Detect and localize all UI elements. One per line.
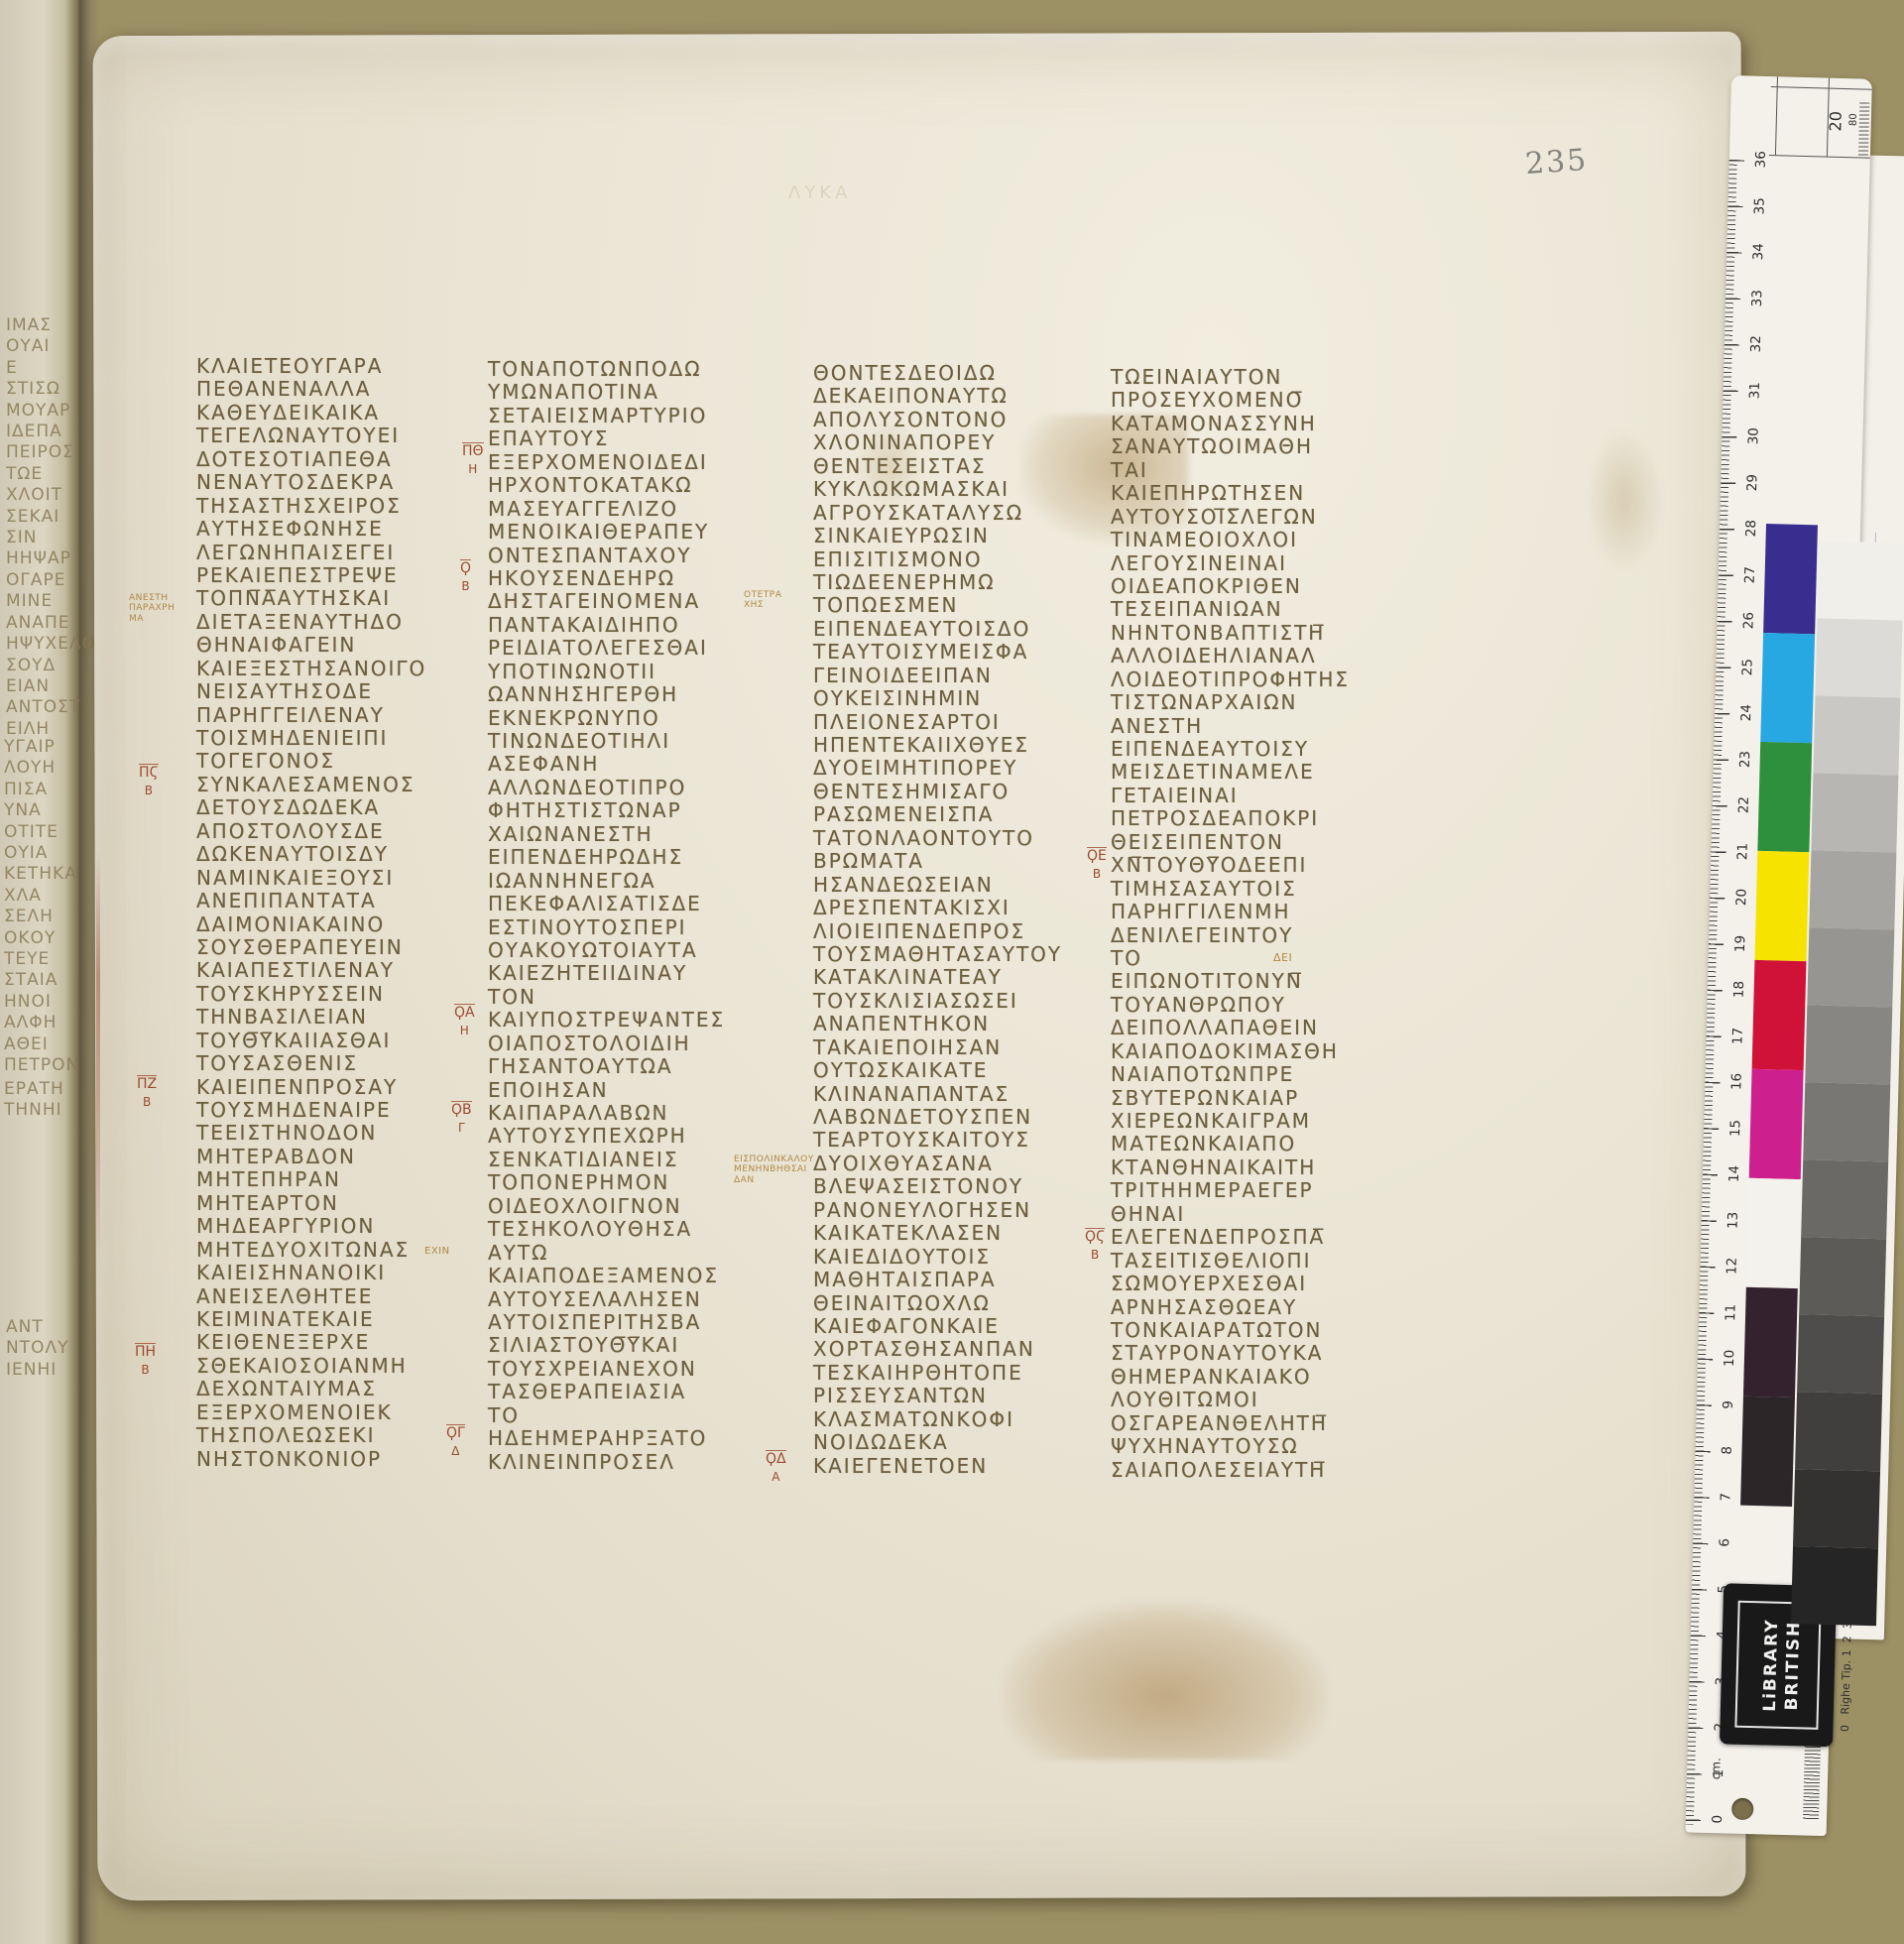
binding-streak bbox=[96, 851, 100, 1268]
text-column-3: ΘΟΝΤΕΣΔΕΟΙΔΩΔΕΚΑΕΙΠΟΝΑΥΤΩΑΠΟΛΥΣΟΝΤΟΝΟΧΛΟ… bbox=[813, 362, 1062, 1478]
text-line: ΘΕΙΣΕΙΠΕΝΤΟΝ bbox=[1111, 831, 1350, 854]
text-line: ΧΑΙΩΝΑΝΕΣΤΗ bbox=[488, 823, 725, 846]
stain bbox=[1585, 426, 1664, 575]
text-line: ΤΕΕΙΣΤΗΝΟΔΟΝ bbox=[196, 1122, 426, 1145]
color-patch bbox=[1754, 851, 1809, 961]
ruler-number: 24 bbox=[1738, 702, 1755, 722]
text-line: ΚΕΙΘΕΝΕΞΕΡΧΕ bbox=[196, 1331, 426, 1354]
eusebian-number: ΠΗΒ bbox=[135, 1343, 156, 1378]
text-line: ΤΕΑΡΤΟΥΣΚΑΙΤΟΥΣ bbox=[813, 1129, 1062, 1152]
text-line: ΑΥΤΩ bbox=[488, 1242, 725, 1265]
text-line: ΤΟΝΑΠΟΤΩΝΠΟΔΩ bbox=[488, 358, 725, 381]
text-line: ΡΕΙΔΙΑΤΟΛΕΓΕΣΘΑΙ bbox=[488, 637, 725, 660]
text-line: ΟΙΔΕΑΠΟΚΡΙΘΕΝ bbox=[1111, 575, 1350, 598]
text-line: ΛΙΟΙΕΙΠΕΝΔΕΠΡΟΣ bbox=[813, 920, 1062, 943]
eusebian-number: ϘΓΔ bbox=[446, 1424, 465, 1459]
eusebian-number: ΠΖΒ bbox=[137, 1075, 157, 1110]
gray-patch bbox=[1799, 1237, 1886, 1316]
eusebian-number: ϘΒ bbox=[460, 559, 471, 594]
text-line: ΜΗΤΕΔΥΟΧΙΤΩΝΑΣ bbox=[196, 1239, 426, 1262]
text-line: ΘΕΝΤΕΣΕΙΣΤΑΣ bbox=[813, 455, 1062, 478]
text-line: ΠΑΝΤΑΚΑΙΔΙΗΠΟ bbox=[488, 614, 725, 637]
text-line: ΤΑΤΟΝΛΑΟΝΤΟΥΤΟ bbox=[813, 827, 1062, 850]
ruler-number: 26 bbox=[1740, 610, 1757, 630]
text-line: ΣΑΙΑΠΟΛΕΣΕΙΑΥΤΗ̅ bbox=[1111, 1459, 1350, 1482]
ruler-number: 19 bbox=[1732, 933, 1749, 953]
ruler-number: 32 bbox=[1748, 334, 1765, 354]
text-line: ΟΙΔΕΟΧΛΟΙΓΝΟΝ bbox=[488, 1195, 725, 1218]
gray-patch bbox=[1813, 695, 1900, 775]
color-patch bbox=[1743, 1287, 1798, 1397]
gray-patch bbox=[1811, 773, 1898, 852]
text-line: ΚΑΘΕΥΔΕΙΚΑΙΚΑ bbox=[196, 402, 426, 425]
text-line: ΜΑΣΕΥΑΓΓΕΛΙΖΟ bbox=[488, 498, 725, 521]
ruler-number: 36 bbox=[1753, 150, 1770, 170]
eusebian-number: ΠϚΒ bbox=[139, 764, 159, 798]
text-line: ΣΑΝΑΥΤΩΟΙΜΑΘΗ bbox=[1111, 435, 1350, 458]
text-line: ΕΙΠΩΝΟΤΙΤΟΝΥΝ̅ bbox=[1111, 970, 1350, 993]
ruler-number: 18 bbox=[1731, 979, 1748, 999]
ruler-top-scale-ticks bbox=[1858, 102, 1869, 158]
text-line: ΟΥΤΩΣΚΑΙΚΑΤΕ bbox=[813, 1059, 1062, 1082]
gray-patch bbox=[1807, 927, 1894, 1007]
text-line: ΕΣΤΙΝΟΥΤΟΣΠΕΡΙ bbox=[488, 916, 725, 939]
ruler-number: 11 bbox=[1723, 1302, 1739, 1322]
ruler-number: 0 bbox=[1710, 1809, 1726, 1829]
text-line: ΚΛΑΙΕΤΕΟΥΓΑΡΑ bbox=[196, 355, 426, 378]
text-line: ΝΟΙΔΩΔΕΚΑ bbox=[813, 1431, 1062, 1454]
ruler-top-scale-80: 80 bbox=[1848, 113, 1859, 126]
text-column-2: ΤΟΝΑΠΟΤΩΝΠΟΔΩΥΜΩΝΑΠΟΤΙΝΑΣΕΤΑΙΕΙΣΜΑΡΤΥΡΙΟ… bbox=[488, 358, 725, 1474]
text-line: ΑΥΤΗΣΕΦΩΝΗΣΕ bbox=[196, 518, 426, 541]
text-line: ΕΞΕΡΧΟΜΕΝΟΙΔΕΔΙ bbox=[488, 451, 725, 474]
text-line: ΑΠΟΣΤΟΛΟΥΣΔΕ bbox=[196, 820, 426, 843]
text-line: ΔΙΕΤΑΞΕΝΑΥΤΗΔΟ bbox=[196, 611, 426, 634]
text-line: ΥΠΟΤΙΝΩΝΟΤΙΙ bbox=[488, 661, 725, 683]
text-line: ΔΕΚΑΕΙΠΟΝΑΥΤΩ bbox=[813, 385, 1062, 408]
text-line: ΔΗΣΤΑΓΕΙΝΟΜΕΝΑ bbox=[488, 590, 725, 613]
ruler-number: 16 bbox=[1728, 1071, 1745, 1091]
text-line: ΒΛΕΨΑΣΕΙΣΤΟΝΟΥ bbox=[813, 1175, 1062, 1198]
text-line: ΤΟΓΕΓΟΝΟΣ bbox=[196, 750, 426, 773]
color-chart bbox=[1737, 524, 1904, 1638]
text-line: ΕΛΕΓΕΝΔΕΠΡΟΣΠΑ̅ bbox=[1111, 1226, 1350, 1249]
text-line: ΤΙΝΑΜΕΟΙΟΧΛΟΙ bbox=[1111, 529, 1350, 551]
text-line: ΜΗΤΕΡΑΒΔΟΝ bbox=[196, 1146, 426, 1168]
text-line: ΘΕΙΝΑΙΤΩΟΧΛΩ bbox=[813, 1292, 1062, 1315]
text-line: ΤΟΥΣΜΑΘΗΤΑΣΑΥΤΟΥ bbox=[813, 943, 1062, 966]
ruler-top-line bbox=[1769, 155, 1870, 159]
text-line: ΤΟΥΣΚΗΡΥΣΣΕΙΝ bbox=[196, 983, 426, 1006]
text-line: ΑΥΤΟΙΣΠΕΡΙΤΗΣΒΑ bbox=[488, 1311, 725, 1334]
text-line: ΔΡΕΣΠΕΝΤΑΚΙΣΧΙ bbox=[813, 897, 1062, 919]
text-line: ΣΒΥΤΕΡΩΝΚΑΙΑΡ bbox=[1111, 1087, 1350, 1110]
text-line: ΤΕΣΗΚΟΛΟΥΘΗΣΑ bbox=[488, 1218, 725, 1241]
eusebian-number: ϘϚΒ bbox=[1085, 1228, 1105, 1263]
corrector-note: ΑΝΕΣΤΗ ΠΑΡΑΧΡΗ ΜΑ bbox=[129, 593, 175, 624]
text-line: ΠΕΚΕΦΑΛΙΣΑΤΙΣΔΕ bbox=[488, 893, 725, 915]
ruler-number: 23 bbox=[1737, 749, 1754, 769]
ruler-number: 7 bbox=[1718, 1487, 1734, 1507]
text-line: ΤΡΙΤΗΗΜΕΡΑΕΓΕΡ bbox=[1111, 1179, 1350, 1202]
text-line: ΤΑΣΘΕΡΑΠΕΙΑΣΙΑ bbox=[488, 1381, 725, 1403]
color-patch bbox=[1740, 1397, 1795, 1507]
text-line: ΤΟΥΣΜΗΔΕΝΑΙΡΕ bbox=[196, 1099, 426, 1122]
ghost-offset-mark: ΛΥΚΑ bbox=[788, 182, 851, 203]
color-patch bbox=[1757, 742, 1812, 852]
text-line: ΚΑΙΕΙΠΕΝΠΡΟΣΑΥ bbox=[196, 1076, 426, 1099]
ruler-number: 33 bbox=[1749, 288, 1766, 307]
ruler-number: 10 bbox=[1722, 1348, 1738, 1368]
text-line: ΑΥΤΟΥΣΕΛΑΛΗΣΕΝ bbox=[488, 1288, 725, 1311]
text-line: ΚΑΙΕΔΙΔΟΥΤΟΙΣ bbox=[813, 1246, 1062, 1269]
text-line: ΣΥΝΚΑΛΕΣΑΜΕΝΟΣ bbox=[196, 774, 426, 796]
text-line: ΤΟΥΑΝΘΡΩΠΟΥ bbox=[1111, 994, 1350, 1017]
text-line: ΑΡΝΗΣΑΣΘΩΕΑΥ bbox=[1111, 1296, 1350, 1319]
text-line: ΚΑΙΕΙΣΗΝΑΝΟΙΚΙ bbox=[196, 1262, 426, 1284]
text-line: ΑΛΛΩΝΔΕΟΤΙΠΡΟ bbox=[488, 777, 725, 799]
text-line: ΝΕΙΣΑΥΤΗΣΟΔΕ bbox=[196, 680, 426, 703]
text-line: ΘΗΝΑΙΦΑΓΕΙΝ bbox=[196, 634, 426, 657]
eusebian-number: ϘΔΑ bbox=[766, 1450, 786, 1485]
text-line: ΚΑΤΑΚΛΙΝΑΤΕΑΥ bbox=[813, 966, 1062, 989]
gray-patch bbox=[1797, 1314, 1884, 1394]
text-line: ΡΕΚΑΙΕΠΕΣΤΡΕΨΕ bbox=[196, 564, 426, 587]
stain bbox=[1002, 1601, 1329, 1760]
text-line: ΤΟΥΣΚΛΙΣΙΑΣΩΣΕΙ bbox=[813, 990, 1062, 1013]
manuscript-photo: { "page": { "folio_number": "235", "ghos… bbox=[0, 0, 1904, 1944]
text-line: ΚΑΙΕΠΗΡΩΤΗΣΕΝ bbox=[1111, 482, 1350, 505]
text-line: ΣΙΝΚΑΙΕΥΡΩΣΙΝ bbox=[813, 525, 1062, 547]
ruler-number: 31 bbox=[1746, 380, 1763, 400]
color-patch bbox=[1763, 524, 1818, 634]
text-line: ΗΡΧΟΝΤΟΚΑΤΑΚΩ bbox=[488, 474, 725, 497]
text-line: ΤΟΥΣΧΡΕΙΑΝΕΧΟΝ bbox=[488, 1358, 725, 1381]
gray-patch bbox=[1805, 1005, 1892, 1084]
ruler-number: 17 bbox=[1729, 1026, 1746, 1045]
text-line: ΛΑΒΩΝΔΕΤΟΥΣΠΕΝ bbox=[813, 1106, 1062, 1129]
text-line: ΠΕΘΑΝΕΝΑΛΛΑ bbox=[196, 378, 426, 401]
ruler-number: 9 bbox=[1721, 1395, 1737, 1414]
text-line: ΤΟ bbox=[488, 1404, 725, 1427]
text-line: ΑΝΕΣΤΗ bbox=[1111, 715, 1350, 738]
text-line: ΚΑΙΕΦΑΓΟΝΚΑΙΕ bbox=[813, 1315, 1062, 1338]
text-line: ΛΕΓΩΝΗΠΑΙΣΕΓΕΙ bbox=[196, 542, 426, 564]
ruler-cm-numbers: 3635343332313029282726252423222120191817… bbox=[1731, 75, 1872, 79]
text-line: ΕΞΕΡΧΟΜΕΝΟΙΕΚ bbox=[196, 1401, 426, 1424]
text-line: ΟΙΑΠΟΣΤΟΛΟΙΔΙΗ bbox=[488, 1033, 725, 1055]
text-line: ΤΗΣΑΣΤΗΣΧΕΙΡΟΣ bbox=[196, 495, 426, 518]
text-line: ΕΚΝΕΚΡΩΝΥΠΟ bbox=[488, 707, 725, 730]
text-line: ΟΣΓΑΡΕΑΝΘΕΛΗΤΗ̅ bbox=[1111, 1412, 1350, 1435]
eusebian-number: ΠΘΗ bbox=[462, 442, 484, 477]
ruler-number: 27 bbox=[1742, 564, 1759, 584]
text-line: ΜΗΔΕΑΡΓΥΡΙΟΝ bbox=[196, 1215, 426, 1238]
ruler-number: 28 bbox=[1743, 518, 1760, 538]
text-line: ΟΝΤΕΣΠΑΝΤΑΧΟΥ bbox=[488, 545, 725, 567]
text-line: ΠΕΤΡΟΣΔΕΑΠΟΚΡΙ bbox=[1111, 807, 1350, 830]
text-line: ΗΠΕΝΤΕΚΑΙΙΧΘΥΕΣ bbox=[813, 734, 1062, 757]
text-line: ΚΑΙΑΠΟΔΕΞΑΜΕΝΟΣ bbox=[488, 1265, 725, 1287]
verso-fragment-group: ΕΡΑΤΗ ΤΗΝΗΙ bbox=[4, 1079, 64, 1122]
text-line: ΤΟΠΟΝΕΡΗΜΟΝ bbox=[488, 1171, 725, 1194]
text-line: ΑΓΡΟΥΣΚΑΤΑΛΥΣΩ bbox=[813, 502, 1062, 525]
text-column-1: ΚΛΑΙΕΤΕΟΥΓΑΡΑΠΕΘΑΝΕΝΑΛΛΑΚΑΘΕΥΔΕΙΚΑΙΚΑΤΕΓ… bbox=[196, 355, 426, 1471]
text-line: ΚΕΙΜΙΝΑΤΕΚΑΙΕ bbox=[196, 1308, 426, 1331]
color-patch bbox=[1760, 633, 1815, 743]
text-line: ΘΟΝΤΕΣΔΕΟΙΔΩ bbox=[813, 362, 1062, 385]
text-line: ΤΩΕΙΝΑΙΑΥΤΟΝ bbox=[1111, 366, 1350, 389]
text-line: ΚΛΑΣΜΑΤΩΝΚΟΦΙ bbox=[813, 1408, 1062, 1431]
text-line: ΝΗΣΤΟΝΚΟΝΙΟΡ bbox=[196, 1448, 426, 1471]
corrector-note: ΔΕΙ bbox=[1273, 952, 1292, 965]
text-line: ΟΥΑΚΟΥΩΤΟΙΑΥΤΑ bbox=[488, 939, 725, 962]
text-line: ΚΑΙΕΞΕΣΤΗΣΑΝΟΙΓΟ bbox=[196, 658, 426, 680]
text-line: ΧΙΕΡΕΩΝΚΑΙΓΡΑΜ bbox=[1111, 1110, 1350, 1133]
text-line: ΤΟΝ bbox=[488, 986, 725, 1009]
text-line: ΗΣΑΝΔΕΩΣΕΙΑΝ bbox=[813, 874, 1062, 897]
text-line: ΤΑΣΕΙΤΙΣΘΕΛΙΟΠΙ bbox=[1111, 1250, 1350, 1273]
text-line: ΚΛΙΝΑΝΑΠΑΝΤΑΣ bbox=[813, 1083, 1062, 1106]
text-line: ΚΑΙΚΑΤΕΚΛΑΣΕΝ bbox=[813, 1222, 1062, 1245]
gray-patch bbox=[1815, 618, 1902, 697]
text-line: ΜΕΝΟΙΚΑΙΘΕΡΑΠΕΥ bbox=[488, 521, 725, 544]
text-line: ΘΗΜΕΡΑΝΚΑΙΑΚΟ bbox=[1111, 1366, 1350, 1389]
text-line: ΕΠΟΙΗΣΑΝ bbox=[488, 1079, 725, 1102]
ruler-number: 13 bbox=[1725, 1210, 1742, 1230]
text-line: ΗΔΕΗΜΕΡΑΗΡΞΑΤΟ bbox=[488, 1427, 725, 1450]
ruler-cm-unit-label: cm. bbox=[1709, 1758, 1724, 1779]
text-line: ΨΥΧΗΝΑΥΤΟΥΣΩ bbox=[1111, 1435, 1350, 1458]
text-line: ΔΥΟΙΧΘΥΑΣΑΝΑ bbox=[813, 1153, 1062, 1175]
ruler-number: 6 bbox=[1717, 1532, 1733, 1552]
text-line: ΤΟ bbox=[1111, 947, 1350, 970]
text-line: ΤΟΙΣΜΗΔΕΝΙΕΙΠΙ bbox=[196, 727, 426, 750]
text-line: ΚΑΙΕΓΕΝΕΤΟΕΝ bbox=[813, 1455, 1062, 1478]
text-line: ΜΑΘΗΤΑΙΣΠΑΡΑ bbox=[813, 1269, 1062, 1291]
ruler-number: 25 bbox=[1739, 657, 1756, 676]
text-line: ΠΡΟΣΕΥΧΟΜΕΝΟ̅ bbox=[1111, 389, 1350, 412]
color-patch bbox=[1746, 1178, 1801, 1288]
text-line: ΜΑΤΕΩΝΚΑΙΑΠΟ bbox=[1111, 1133, 1350, 1155]
text-line: ΑΝΕΠΙΠΑΝΤΑΤΑ bbox=[196, 890, 426, 912]
ruler-number: 29 bbox=[1744, 472, 1761, 492]
text-line: ΧΛΟΝΙΝΑΠΟΡΕΥ bbox=[813, 431, 1062, 454]
ruler-number: 14 bbox=[1726, 1163, 1743, 1183]
text-line: ΕΠΑΥΤΟΥΣ bbox=[488, 427, 725, 450]
text-line: ΜΕΙΣΔΕΤΙΝΑΜΕΛΕ bbox=[1111, 761, 1350, 784]
color-patch bbox=[1749, 1069, 1804, 1179]
text-line: ΝΕΝΑΥΤΟΣΔΕΚΡΑ bbox=[196, 471, 426, 494]
text-line: ΥΜΩΝΑΠΟΤΙΝΑ bbox=[488, 381, 725, 404]
text-line: ΛΟΙΔΕΟΤΙΠΡΟΦΗΤΗΣ bbox=[1111, 668, 1350, 691]
text-line: ΚΤΑΝΘΗΝΑΙΚΑΙΤΗ bbox=[1111, 1156, 1350, 1179]
text-line: ΤΗΝΒΑΣΙΛΕΙΑΝ bbox=[196, 1006, 426, 1029]
text-line: ΤΙΜΗΣΑΣΑΥΤΟΙΣ bbox=[1111, 878, 1350, 901]
text-line: ΔΩΚΕΝΑΥΤΟΙΣΔΥ bbox=[196, 843, 426, 866]
text-line: ΑΠΟΛΥΣΟΝΤΟΝΟ bbox=[813, 409, 1062, 431]
text-line: ΤΟΠΩΕΣΜΕΝ bbox=[813, 594, 1062, 617]
text-line: ΓΗΣΑΝΤΟΑΥΤΩΑ bbox=[488, 1055, 725, 1078]
text-line: ΜΗΤΕΠΗΡΑΝ bbox=[196, 1168, 426, 1191]
gray-patch bbox=[1791, 1546, 1878, 1626]
text-line: ΚΑΙΠΑΡΑΛΑΒΩΝ bbox=[488, 1102, 725, 1125]
text-line: ΕΙΠΕΝΔΕΗΡΩΔΗΣ bbox=[488, 846, 725, 869]
text-line: ΙΩΑΝΝΗΝΕΓΩΑ bbox=[488, 870, 725, 893]
gray-patch bbox=[1795, 1392, 1882, 1471]
text-line: ΔΕΝΙΛΕΓΕΙΝΤΟΥ bbox=[1111, 924, 1350, 947]
color-patch bbox=[1752, 960, 1807, 1070]
text-line: ΚΑΙΕΖΗΤΕΙΙΔΙΝΑΥ bbox=[488, 962, 725, 985]
text-line: ΠΑΡΗΓΓΙΛΕΝΜΗ bbox=[1111, 901, 1350, 923]
text-line: ΑΣΕΦΑΝΗ bbox=[488, 753, 725, 776]
text-line: ΑΛΛΟΙΔΕΗΛΙΑΝΑΛ bbox=[1111, 645, 1350, 668]
gray-patch bbox=[1793, 1469, 1880, 1548]
text-line: ΤΟΥΣΑΣΘΕΝΙΣ bbox=[196, 1052, 426, 1075]
text-line: ΝΑΙΑΠΟΤΩΝΠΡΕ bbox=[1111, 1063, 1350, 1086]
text-line: ΤΟΝΚΑΙΑΡΑΤΩΤΟΝ bbox=[1111, 1319, 1350, 1342]
ruler-top-line bbox=[1771, 86, 1872, 90]
corrector-note: ΕΙΣΠΟΛΙΝΚΑΛΟΥ ΜΕΝΗΝΒΗΘΣΑΙ ΔΑΝ bbox=[734, 1154, 814, 1185]
eusebian-number: ϘΒΓ bbox=[451, 1101, 472, 1136]
text-line: ΤΗΣΠΟΛΕΩΣΕΚΙ bbox=[196, 1424, 426, 1447]
text-line: ΑΥΤΟΥΣΥΠΕΧΩΡΗ bbox=[488, 1125, 725, 1148]
text-line: ΚΑΤΑΜΟΝΑΣΣΥΝΗ bbox=[1111, 413, 1350, 435]
folio-number: 235 bbox=[1524, 143, 1590, 182]
ruler-number: 20 bbox=[1733, 887, 1750, 907]
text-line: ΓΕΙΝΟΙΔΕΕΙΠΑΝ bbox=[813, 665, 1062, 687]
text-line: ΔΕΤΟΥΣΔΩΔΕΚΑ bbox=[196, 796, 426, 819]
text-line: ΤΕΣΕΙΠΑΝΙΩΑΝ bbox=[1111, 598, 1350, 621]
text-line: ΚΑΙΥΠΟΣΤΡΕΨΑΝΤΕΣ bbox=[488, 1009, 725, 1032]
text-line: ΤΙΣΤΩΝΑΡΧΑΙΩΝ bbox=[1111, 691, 1350, 714]
text-line: ΗΚΟΥΣΕΝΔΕΗΡΩ bbox=[488, 567, 725, 590]
text-line: ΡΙΣΣΕΥΣΑΝΤΩΝ bbox=[813, 1385, 1062, 1407]
text-line: ΣΙΛΙΑΣΤΟΥΘ̅Υ̅ΚΑΙ bbox=[488, 1334, 725, 1357]
gray-patch bbox=[1803, 1082, 1890, 1161]
text-line: ΡΑΣΩΜΕΝΕΙΣΠΑ bbox=[813, 803, 1062, 826]
text-line: ΤΕΣΚΑΙΗΡΘΗΤΟΠΕ bbox=[813, 1362, 1062, 1385]
text-line: ΤΟΠΝ̅Α̅ΑΥΤΗΣΚΑΙ bbox=[196, 587, 426, 610]
text-line: ΕΙΠΕΝΔΕΑΥΤΟΙΣΔΟ bbox=[813, 618, 1062, 641]
ruler-number: 12 bbox=[1724, 1256, 1740, 1276]
text-line: ΚΥΚΛΩΚΩΜΑΣΚΑΙ bbox=[813, 478, 1062, 501]
ruler-number: 30 bbox=[1745, 426, 1762, 446]
text-line: ΑΥΤΟΥΣΟΙ̅Σ̅ΛΕΓΩΝ bbox=[1111, 506, 1350, 529]
text-line: ΣΕΝΚΑΤΙΔΙΑΝΕΙΣ bbox=[488, 1149, 725, 1171]
ruler-top-line bbox=[1775, 76, 1778, 155]
text-line: ΒΡΩΜΑΤΑ bbox=[813, 850, 1062, 873]
text-line: ΤΙΝΩΝΔΕΟΤΙΗΛΙ bbox=[488, 730, 725, 753]
text-line: ΛΕΓΟΥΣΙΝΕΙΝΑΙ bbox=[1111, 552, 1350, 575]
text-line: ΘΗΝΑΙ bbox=[1111, 1203, 1350, 1226]
text-line: ΜΗΤΕΑΡΤΟΝ bbox=[196, 1192, 426, 1215]
text-line: ΛΟΥΘΙΤΩΜΟΙ bbox=[1111, 1389, 1350, 1411]
text-line: ΟΥΚΕΙΣΙΝΗΜΙΝ bbox=[813, 687, 1062, 710]
text-line: ΤΕΓΕΛΩΝΑΥΤΟΥΕΙ bbox=[196, 425, 426, 447]
text-line: ΣΤΑΥΡΟΝΑΥΤΟΥΚΑ bbox=[1111, 1342, 1350, 1365]
text-line: ΣΩΜΟΥΕΡΧΕΣΘΑΙ bbox=[1111, 1273, 1350, 1295]
text-line: ΑΝΕΙΣΕΛΘΗΤΕΕ bbox=[196, 1285, 426, 1308]
text-line: ΡΑΝΟΝΕΥΛΟΓΗΣΕΝ bbox=[813, 1199, 1062, 1222]
gray-patch bbox=[1809, 850, 1896, 929]
verso-fragment-group: ΥΓΑΙΡ ΛΟΥΗ ΠΙΣΑ ΥΝΑ ΟΤΙΤΕ ΟΥΙΑ ΚΕΤΗΚΑ ΧΛ… bbox=[4, 737, 79, 1077]
text-line: ΔΑΙΜΟΝΙΑΚΑΙΝΟ bbox=[196, 913, 426, 936]
ruler-number: 21 bbox=[1734, 841, 1751, 861]
text-line: ΚΑΙΑΠΕΣΤΙΛΕΝΑΥ bbox=[196, 959, 426, 982]
text-line: ΤΟΥΘ̅Υ̅ΚΑΙΙΑΣΘΑΙ bbox=[196, 1030, 426, 1052]
text-line: ΔΕΧΩΝΤΑΙΥΜΑΣ bbox=[196, 1378, 426, 1400]
text-line: ΤΑΚΑΙΕΠΟΙΗΣΑΝ bbox=[813, 1036, 1062, 1059]
text-line: ΑΝΑΠΕΝΤΗΚΟΝ bbox=[813, 1013, 1062, 1035]
text-line: ΕΠΙΣΙΤΙΣΜΟΝΟ bbox=[813, 548, 1062, 571]
corrector-note: ΕΧΙΝ bbox=[424, 1246, 450, 1258]
ruler-hole bbox=[1731, 1798, 1754, 1821]
text-line: ΝΗΝΤΟΝΒΑΠΤΙΣΤΗ̅ bbox=[1111, 622, 1350, 645]
ruler-number: 15 bbox=[1727, 1118, 1744, 1138]
text-line: ΚΑΙΑΠΟΔΟΚΙΜΑΣΘΗ bbox=[1111, 1040, 1350, 1063]
text-column-4: ΤΩΕΙΝΑΙΑΥΤΟΝΠΡΟΣΕΥΧΟΜΕΝΟ̅ΚΑΤΑΜΟΝΑΣΣΥΝΗΣΑ… bbox=[1111, 366, 1350, 1482]
text-line: ΘΕΝΤΕΣΗΜΙΣΑΓΟ bbox=[813, 781, 1062, 803]
eusebian-number: ϘΕΒ bbox=[1087, 847, 1107, 882]
text-line: ΤΕΑΥΤΟΙΣΥΜΕΙΣΦΑ bbox=[813, 641, 1062, 664]
text-line: ΣΘΕΚΑΙΟΣΟΙΑΝΜΗ bbox=[196, 1355, 426, 1378]
gray-patch bbox=[1801, 1159, 1888, 1239]
text-line: ΔΟΤΕΣΟΤΙΑΠΕΘΑ bbox=[196, 448, 426, 471]
ruler-top-scale-20: 20 bbox=[1826, 111, 1845, 132]
text-line: ΦΗΤΗΣΤΙΣΤΩΝΑΡ bbox=[488, 799, 725, 822]
text-line: ΣΟΥΣΘΕΡΑΠΕΥΕΙΝ bbox=[196, 936, 426, 959]
text-line: ΝΑΜΙΝΚΑΙΕΞΟΥΣΙ bbox=[196, 867, 426, 890]
text-line: ΤΑΙ bbox=[1111, 459, 1350, 482]
eusebian-number: ϘΑΗ bbox=[454, 1004, 475, 1038]
ruler-number: 35 bbox=[1751, 195, 1768, 215]
ruler-number: 8 bbox=[1719, 1440, 1735, 1460]
text-line: ΕΙΠΕΝΔΕΑΥΤΟΙΣΥ bbox=[1111, 738, 1350, 761]
text-line: ΤΙΩΔΕΕΝΕΡΗΜΩ bbox=[813, 571, 1062, 594]
text-line: ΔΥΟΕΙΜΗΤΙΠΟΡΕΥ bbox=[813, 757, 1062, 780]
text-line: ΓΕΤΑΙΕΙΝΑΙ bbox=[1111, 785, 1350, 807]
text-line: ΩΑΝΝΗΣΗΓΕΡΘΗ bbox=[488, 683, 725, 706]
text-line: ΔΕΙΠΟΛΛΑΠΑΘΕΙΝ bbox=[1111, 1017, 1350, 1039]
text-line: ΠΛΕΙΟΝΕΣΑΡΤΟΙ bbox=[813, 711, 1062, 734]
text-line: ΠΑΡΗΓΓΕΙΛΕΝΑΥ bbox=[196, 704, 426, 727]
ruler-number: 22 bbox=[1735, 794, 1752, 814]
text-line: ΚΛΙΝΕΙΝΠΡΟΣΕΛ bbox=[488, 1451, 725, 1474]
text-line: ΧΝ̅ΤΟΥΘΥ̅ΟΔΕΕΠΙ bbox=[1111, 854, 1350, 877]
corrector-note: ΟΤΕΤΡΑ ΧΗΣ bbox=[744, 590, 781, 611]
text-line: ΣΕΤΑΙΕΙΣΜΑΡΤΥΡΙΟ bbox=[488, 405, 725, 427]
ruler-number: 34 bbox=[1750, 242, 1767, 262]
gray-patch bbox=[1818, 541, 1904, 620]
text-line: ΧΟΡΤΑΣΘΗΣΑΝΠΑΝ bbox=[813, 1338, 1062, 1361]
verso-fragment-group: ΑΝΤ ΝΤΟΛΥ ΙΕΝΗΙ bbox=[6, 1317, 69, 1381]
